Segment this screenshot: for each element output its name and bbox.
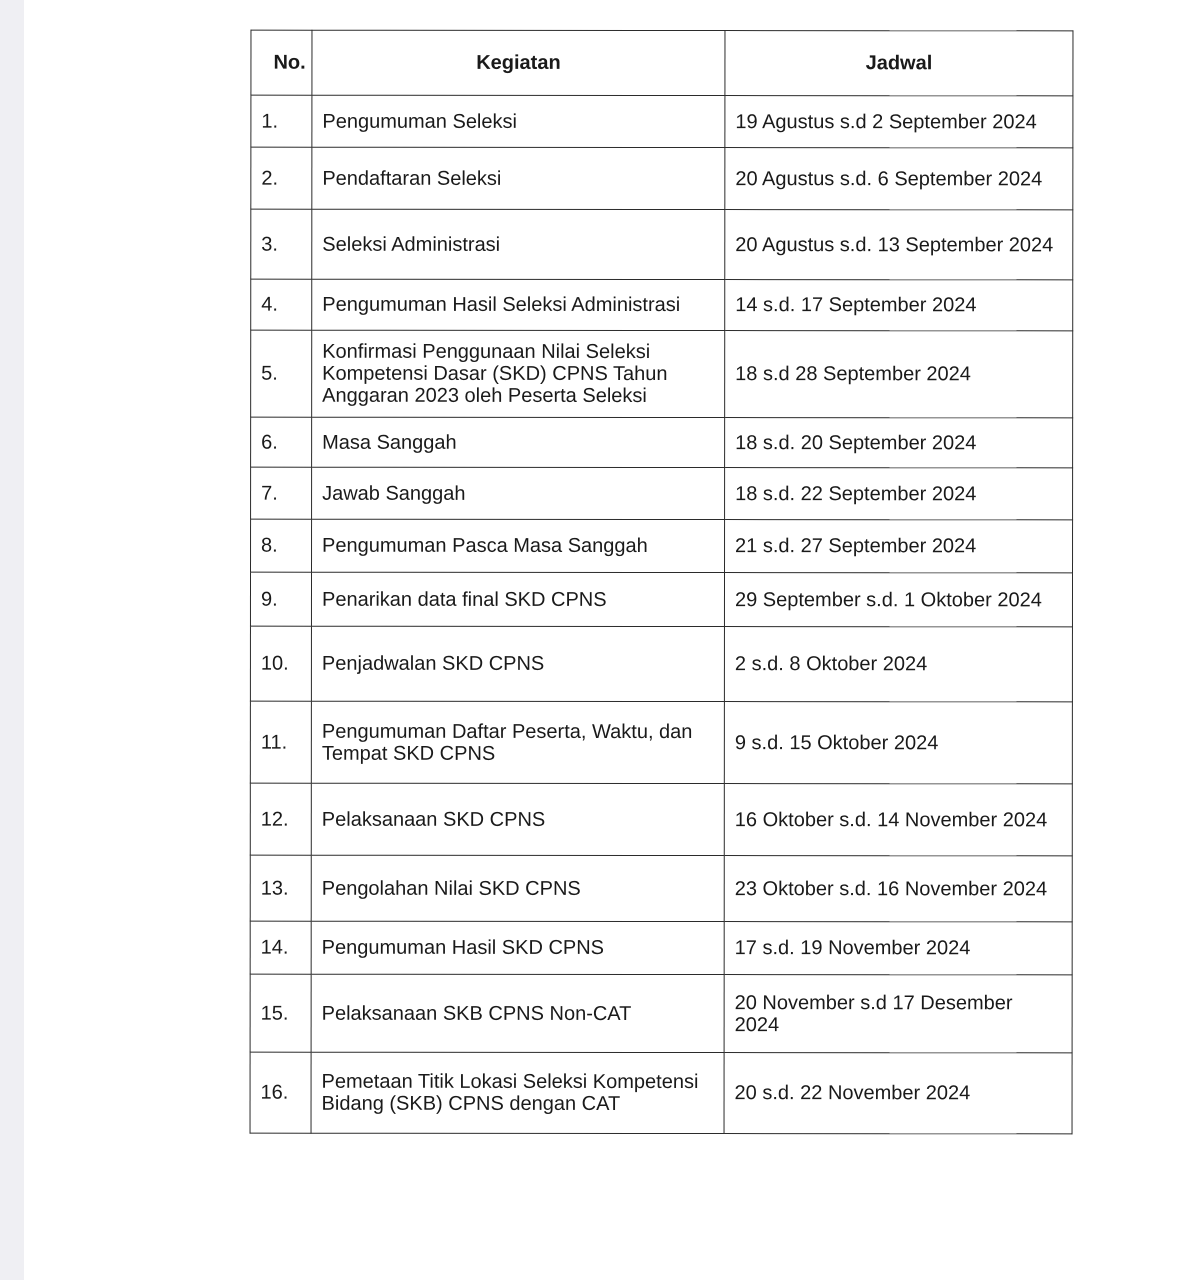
table-header-row: No. Kegiatan Jadwal <box>251 30 1073 96</box>
row-jadwal: 20 November s.d 17 Desember 2024 <box>724 975 1072 1053</box>
header-jadwal: Jadwal <box>725 31 1073 96</box>
row-jadwal: 18 s.d. 20 September 2024 <box>725 418 1073 468</box>
table-row: 3.Seleksi Administrasi20 Agustus s.d. 13… <box>251 209 1073 280</box>
header-no: No. <box>251 30 312 95</box>
row-kegiatan: Seleksi Administrasi <box>312 209 725 279</box>
row-jadwal: 17 s.d. 19 November 2024 <box>724 922 1072 975</box>
row-number: 10. <box>250 626 311 701</box>
row-jadwal: 20 s.d. 22 November 2024 <box>724 1053 1072 1134</box>
row-jadwal: 18 s.d 28 September 2024 <box>725 331 1073 418</box>
row-number: 13. <box>250 855 311 921</box>
row-kegiatan: Pengumuman Pasca Masa Sanggah <box>312 519 725 572</box>
row-kegiatan: Pengumuman Seleksi <box>312 95 725 147</box>
row-number: 9. <box>250 572 311 626</box>
row-jadwal: 19 Agustus s.d 2 September 2024 <box>725 96 1073 148</box>
table-row: 1.Pengumuman Seleksi19 Agustus s.d 2 Sep… <box>251 95 1073 148</box>
table-row: 12.Pelaksanaan SKD CPNS16 Oktober s.d. 1… <box>250 783 1072 856</box>
row-number: 14. <box>250 921 311 974</box>
row-number: 12. <box>250 783 311 855</box>
document-page: No. Kegiatan Jadwal 1.Pengumuman Seleksi… <box>24 0 1198 1280</box>
table-row: 9.Penarikan data final SKD CPNS29 Septem… <box>250 572 1072 627</box>
row-jadwal: 14 s.d. 17 September 2024 <box>725 280 1073 331</box>
viewer-gutter <box>0 0 24 1280</box>
table-row: 6.Masa Sanggah18 s.d. 20 September 2024 <box>251 417 1073 468</box>
row-jadwal: 18 s.d. 22 September 2024 <box>725 468 1073 520</box>
row-number: 1. <box>251 95 312 147</box>
row-kegiatan: Pelaksanaan SKD CPNS <box>311 783 724 855</box>
row-number: 2. <box>251 147 312 209</box>
row-kegiatan: Pengumuman Daftar Peserta, Waktu, dan Te… <box>311 701 724 783</box>
row-kegiatan: Konfirmasi Penggunaan Nilai Seleksi Komp… <box>312 330 725 417</box>
table-row: 7.Jawab Sanggah18 s.d. 22 September 2024 <box>251 467 1073 520</box>
row-jadwal: 20 Agustus s.d. 13 September 2024 <box>725 210 1073 280</box>
row-number: 16. <box>250 1052 311 1133</box>
row-jadwal: 16 Oktober s.d. 14 November 2024 <box>724 784 1072 856</box>
table-row: 4.Pengumuman Hasil Seleksi Administrasi1… <box>251 279 1073 331</box>
table-row: 5.Konfirmasi Penggunaan Nilai Seleksi Ko… <box>251 330 1073 418</box>
row-number: 7. <box>251 467 312 519</box>
row-kegiatan: Pendaftaran Seleksi <box>312 147 725 209</box>
row-kegiatan: Jawab Sanggah <box>312 467 725 519</box>
row-jadwal: 23 Oktober s.d. 16 November 2024 <box>724 856 1072 922</box>
table-row: 11.Pengumuman Daftar Peserta, Waktu, dan… <box>250 701 1072 784</box>
row-kegiatan: Pemetaan Titik Lokasi Seleksi Kompetensi… <box>311 1052 724 1133</box>
row-jadwal: 9 s.d. 15 Oktober 2024 <box>724 702 1072 784</box>
row-jadwal: 2 s.d. 8 Oktober 2024 <box>724 627 1072 702</box>
row-kegiatan: Penjadwalan SKD CPNS <box>311 626 724 701</box>
row-number: 11. <box>250 701 311 783</box>
table-row: 16.Pemetaan Titik Lokasi Seleksi Kompete… <box>250 1052 1072 1134</box>
row-kegiatan: Pengolahan Nilai SKD CPNS <box>311 855 724 921</box>
row-number: 5. <box>251 330 312 417</box>
row-number: 15. <box>250 974 311 1052</box>
table-row: 14.Pengumuman Hasil SKD CPNS17 s.d. 19 N… <box>250 921 1072 975</box>
row-kegiatan: Penarikan data final SKD CPNS <box>311 572 724 626</box>
schedule-table: No. Kegiatan Jadwal 1.Pengumuman Seleksi… <box>250 30 1074 1135</box>
row-kegiatan: Pelaksanaan SKB CPNS Non-CAT <box>311 974 724 1052</box>
row-jadwal: 29 September s.d. 1 Oktober 2024 <box>724 573 1072 627</box>
row-number: 4. <box>251 279 312 330</box>
row-number: 6. <box>251 417 312 467</box>
row-number: 3. <box>251 209 312 279</box>
row-jadwal: 20 Agustus s.d. 6 September 2024 <box>725 148 1073 210</box>
table-row: 2.Pendaftaran Seleksi20 Agustus s.d. 6 S… <box>251 147 1073 210</box>
row-number: 8. <box>251 519 312 572</box>
table-row: 13.Pengolahan Nilai SKD CPNS23 Oktober s… <box>250 855 1072 922</box>
header-kegiatan: Kegiatan <box>312 30 725 95</box>
table-row: 10.Penjadwalan SKD CPNS2 s.d. 8 Oktober … <box>250 626 1072 702</box>
table-row: 15.Pelaksanaan SKB CPNS Non-CAT20 Novemb… <box>250 974 1072 1053</box>
row-kegiatan: Masa Sanggah <box>312 417 725 467</box>
row-kegiatan: Pengumuman Hasil SKD CPNS <box>311 921 724 974</box>
row-jadwal: 21 s.d. 27 September 2024 <box>725 520 1073 573</box>
row-kegiatan: Pengumuman Hasil Seleksi Administrasi <box>312 279 725 330</box>
table-row: 8.Pengumuman Pasca Masa Sanggah21 s.d. 2… <box>251 519 1073 573</box>
